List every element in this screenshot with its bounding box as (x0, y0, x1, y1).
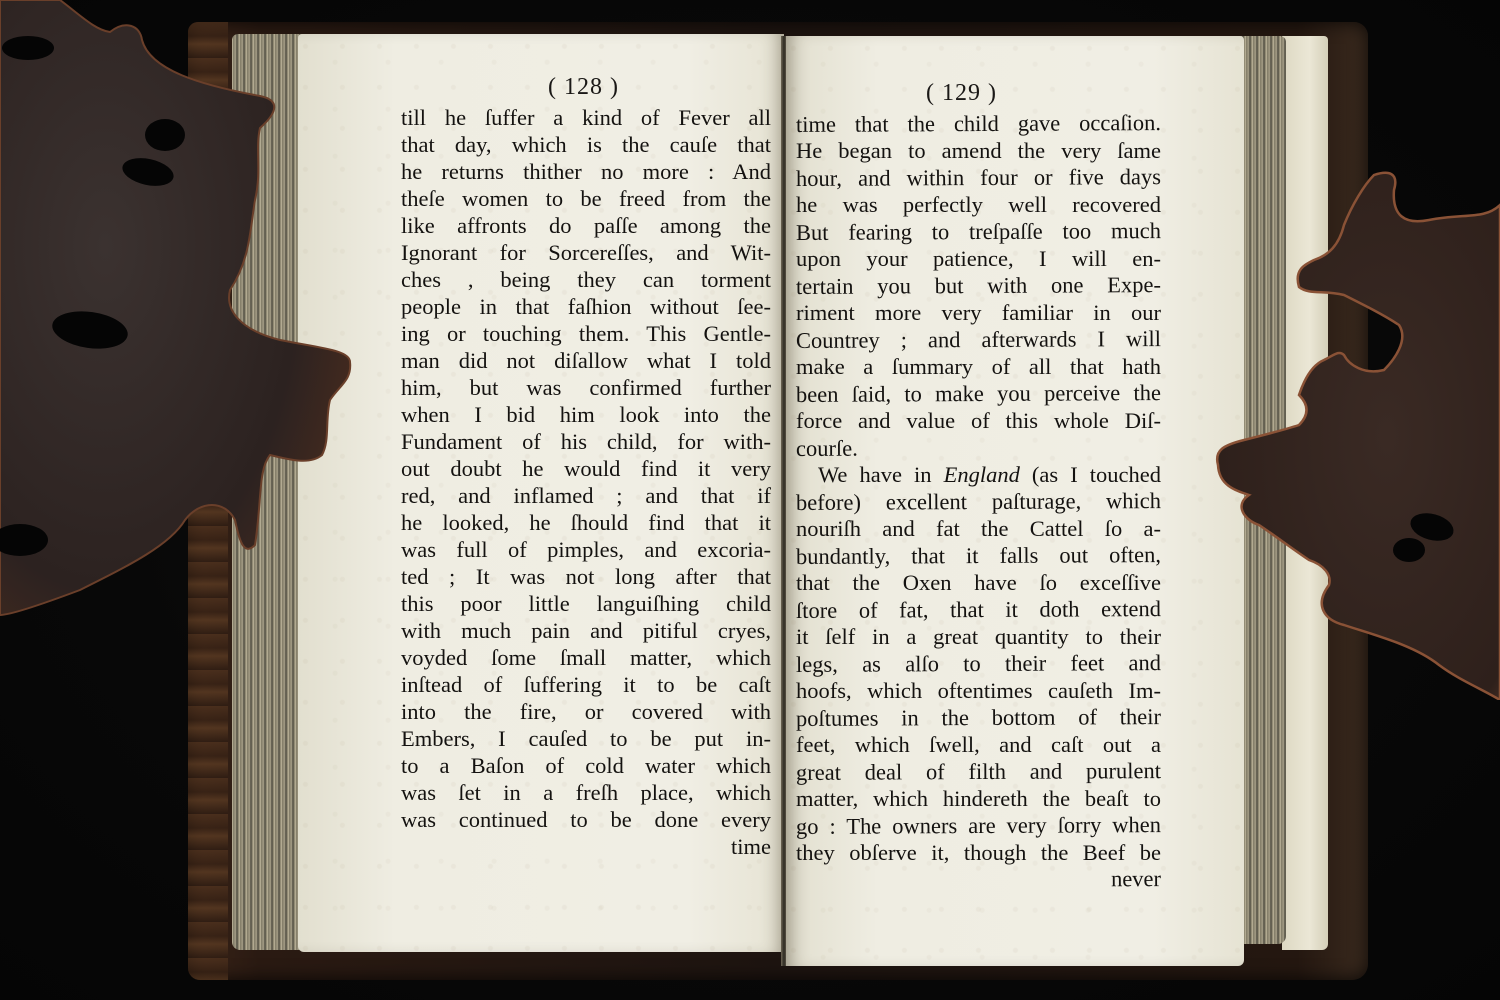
text-line: into the fire, or covered with (401, 698, 771, 725)
text-line: go : The owners are very ſorry when (796, 811, 1161, 840)
text-line: they obſerve it, though the Beef be (796, 839, 1161, 866)
text-line: red, and inflamed ; and that if (401, 482, 771, 509)
text-line: feet, which ſwell, and caſt out a (796, 731, 1161, 758)
text-line: ſtore of fat, that it doth extend (796, 595, 1161, 624)
text-line: like affronts do paſſe among the (401, 212, 771, 239)
page-weight-shape-icon (1214, 165, 1500, 700)
text-line: Ignorant for Sorcereſſes, and Wit- (401, 239, 771, 266)
right-page-weight[interactable] (1214, 165, 1500, 700)
text-line: that day, which is the cauſe that (401, 131, 771, 158)
page-weight-shape-icon (0, 0, 360, 620)
page-number-left: ( 128 ) (548, 74, 619, 101)
text-line: ted ; It was not long after that (401, 563, 771, 590)
text-line: this poor little languiſhing child (401, 590, 771, 617)
text-line: before) excellent paſturage, which (796, 487, 1161, 516)
text-line: poſtumes in the bottom of their (796, 703, 1161, 732)
text-line: man did not diſallow what I told (401, 347, 771, 374)
text-line: Fundament of his child, for with- (401, 428, 771, 455)
text-line: matter, which hindereth the beaſt to (796, 785, 1161, 812)
text-line: it ſelf in a great quantity to their (796, 623, 1161, 650)
page-number-right: ( 129 ) (926, 80, 997, 107)
catchword: time (401, 833, 771, 860)
left-page-text: till he ſuffer a kind of Fever all that … (401, 104, 771, 860)
text-line: out doubt he would find it very (401, 455, 771, 482)
text-line: riment more very familiar in our (796, 299, 1161, 326)
text-line: was ſet in a freſh place, which (401, 779, 771, 806)
text-line: But fearing to treſpaſſe too much (796, 217, 1161, 246)
left-page-weight[interactable] (0, 0, 360, 620)
text-line: was full of pimples, and excoria- (401, 536, 771, 563)
text-line: He began to amend the very ſame (796, 137, 1161, 164)
text-line: upon your patience, I will en- (796, 245, 1161, 272)
text-segment: (as I touched (1020, 462, 1161, 487)
text-line: ing or touching them. This Gentle- (401, 320, 771, 347)
text-line: been ſaid, to make you perceive the (796, 379, 1161, 408)
text-line: was continued to be done every (401, 806, 771, 833)
text-line: legs, as alſo to their feet and (796, 649, 1161, 678)
text-line: voyded ſome ſmall matter, which (401, 644, 771, 671)
text-line: he returns thither no more : And (401, 158, 771, 185)
text-line: he looked, he ſhould find that it (401, 509, 771, 536)
left-page: ( 128 ) till he ſuffer a kind of Fever a… (298, 34, 784, 952)
text-segment: We have in (818, 462, 944, 487)
text-line: hour, and within four or five days (796, 163, 1161, 192)
text-line: Countrey ; and afterwards I will (796, 325, 1161, 354)
paragraph-first-line: We have in England (as I touched (796, 461, 1161, 488)
text-line: till he ſuffer a kind of Fever all (401, 104, 771, 131)
text-line: to a Baſon of cold water which (401, 752, 771, 779)
text-line: bundantly, that it falls out often, (796, 541, 1161, 570)
text-line: he was perfectly well recovered (796, 191, 1161, 218)
text-line: great deal of filth and purulent (796, 757, 1161, 786)
text-line: with much pain and pitiful cryes, (401, 617, 771, 644)
catchword: never (796, 865, 1161, 894)
text-line: that the Oxen have ſo exceſſive (796, 569, 1161, 596)
italic-place-name: England (944, 462, 1020, 487)
text-line: nouriſh and fat the Cattel ſo a- (796, 515, 1161, 542)
text-line: time that the child gave occaſion. (796, 109, 1161, 138)
text-line: ches , being they can torment (401, 266, 771, 293)
right-page: ( 129 ) time that the child gave occaſio… (786, 36, 1244, 966)
text-line: courſe. (796, 433, 1161, 462)
text-line: people in that faſhion without ſee- (401, 293, 771, 320)
text-line: hoofs, which oftentimes cauſeth Im- (796, 677, 1161, 704)
book-photo-scene: ( 128 ) till he ſuffer a kind of Fever a… (0, 0, 1500, 1000)
text-line: tertain you but with one Expe- (796, 271, 1161, 300)
text-line: inſtead of ſuffering it to be caſt (401, 671, 771, 698)
text-line: make a ſummary of all that hath (796, 353, 1161, 380)
text-line: him, but was confirmed further (401, 374, 771, 401)
right-page-text: time that the child gave occaſion. He be… (796, 110, 1161, 893)
text-line: force and value of this whole Diſ- (796, 407, 1161, 434)
text-line: theſe women to be freed from the (401, 185, 771, 212)
text-line: Embers, I cauſed to be put in- (401, 725, 771, 752)
text-line: when I bid him look into the (401, 401, 771, 428)
